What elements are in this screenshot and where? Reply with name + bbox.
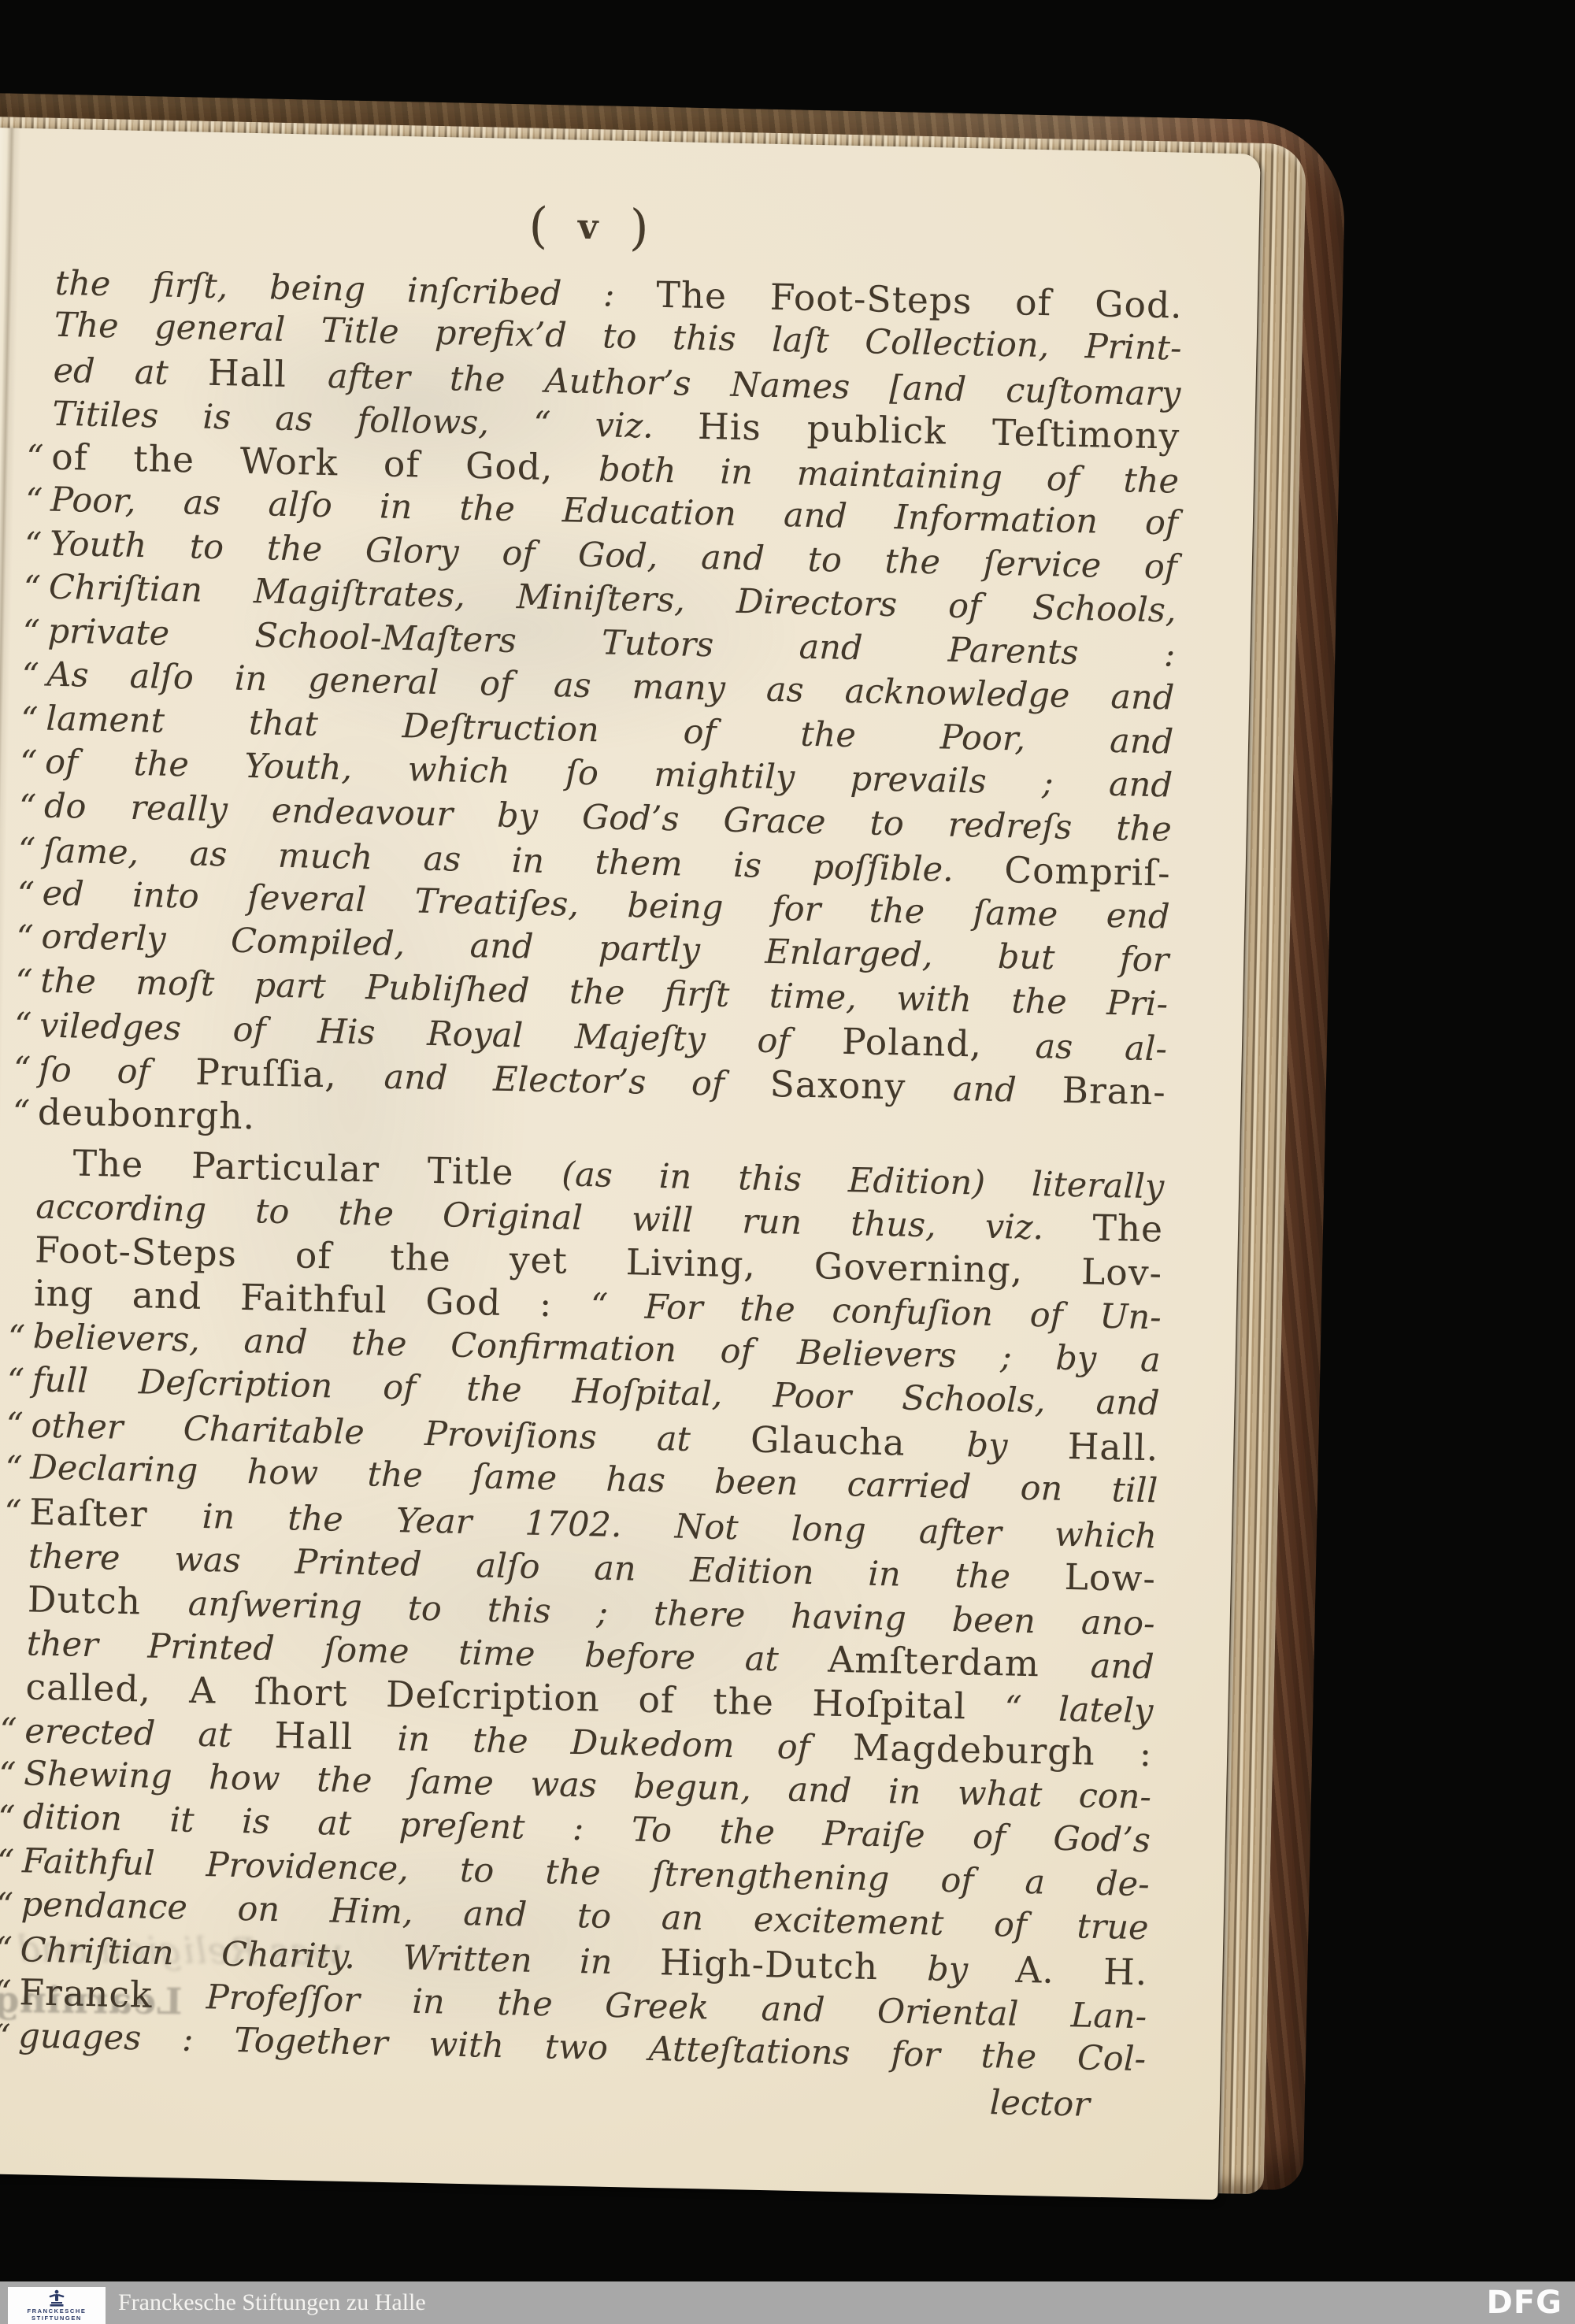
quote-mark: “ <box>0 1840 15 1885</box>
book-page: Learningwas Religion and (v) the firſt, … <box>0 128 1261 2200</box>
quote-mark: “ <box>20 742 38 786</box>
quote-mark: “ <box>0 1753 17 1797</box>
quote-mark: “ <box>20 698 39 742</box>
quote-mark: “ <box>26 436 44 480</box>
quote-mark: “ <box>6 1403 24 1447</box>
scanned-book-photo: Learningwas Religion and (v) the firſt, … <box>0 0 1575 2324</box>
printed-text-block: (v) the firſt, being inſcribed : The Foo… <box>17 194 1185 2129</box>
quote-mark: “ <box>17 829 35 873</box>
book: Learningwas Religion and (v) the firſt, … <box>0 93 1364 2202</box>
quote-mark: “ <box>16 917 34 961</box>
organization-name: Franckesche Stiftungen zu Halle <box>118 2289 426 2316</box>
quote-mark: “ <box>4 1491 22 1535</box>
quote-mark: “ <box>0 1710 17 1754</box>
logo-caption: FRANCKESCHE STIFTUNGEN <box>27 2308 86 2322</box>
archive-footer-bar: FRANCKESCHE STIFTUNGEN Franckesche Stift… <box>0 2281 1575 2324</box>
dfg-logo: DFG <box>1487 2285 1562 2321</box>
page-number-value: v <box>577 206 600 250</box>
page-number: (v) <box>24 193 1153 261</box>
quote-mark: “ <box>15 960 33 1004</box>
quote-mark: “ <box>14 1004 32 1048</box>
quote-mark: “ <box>0 2015 11 2059</box>
quote-mark: “ <box>23 567 41 611</box>
quote-mark: “ <box>0 1797 16 1841</box>
quote-mark: “ <box>0 1885 13 1929</box>
quote-mark: “ <box>25 480 43 524</box>
franckesche-stiftungen-logo: FRANCKESCHE STIFTUNGEN <box>8 2287 106 2324</box>
quote-mark: “ <box>24 523 42 567</box>
quote-mark: “ <box>21 654 39 699</box>
quote-mark: “ <box>12 1092 30 1136</box>
quote-mark: “ <box>18 785 36 829</box>
logo-caption-line2: STIFTUNGEN <box>27 2315 86 2322</box>
quote-mark: “ <box>5 1447 23 1492</box>
quote-mark: “ <box>17 873 35 917</box>
page-number-close-paren: ) <box>629 198 650 256</box>
quote-mark: “ <box>13 1047 31 1092</box>
quote-mark: “ <box>22 610 40 654</box>
quote-mark: “ <box>0 1972 12 2016</box>
quote-mark: “ <box>0 1928 13 1972</box>
text-lines: the firſt, being inſcribed : The Foot-St… <box>18 260 1184 2081</box>
page-number-open-paren: ( <box>528 196 549 254</box>
quote-mark: “ <box>6 1360 24 1404</box>
quote-mark: “ <box>7 1316 25 1360</box>
franckesche-figure-icon <box>48 2289 65 2307</box>
